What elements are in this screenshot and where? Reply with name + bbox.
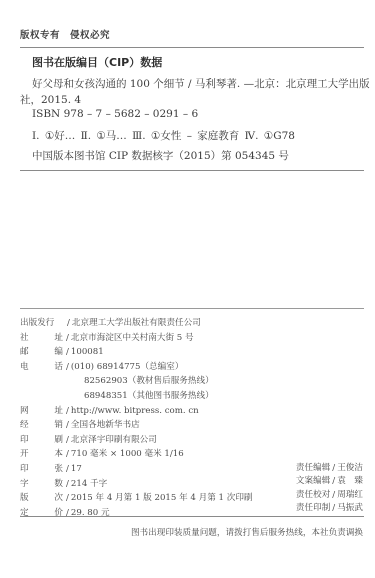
imprint-label: 社址 <box>20 331 64 346</box>
cip-record-number: 中国版本图书馆 CIP 数据核字（2015）第 054345 号 <box>32 148 289 163</box>
imprint-divider <box>20 308 364 309</box>
footer-divider <box>20 516 364 517</box>
imprint-row-distributor: 经销 / 全国各地新华书店 <box>20 418 253 433</box>
imprint-phone-other: 68948351（其他图书服务热线） <box>20 389 253 404</box>
imprint-value: 710 毫米 × 1000 毫米 1/16 <box>71 447 184 462</box>
separator: / <box>66 418 69 433</box>
imprint-row-sheets: 印张 / 17 <box>20 462 253 477</box>
imprint-value: 29. 80 元 <box>71 506 110 521</box>
imprint-row-website: 网址 / http://www. bitpress. com. cn <box>20 404 253 419</box>
separator: / <box>66 404 69 419</box>
separator: / <box>66 345 69 360</box>
imprint-label: 版次 <box>20 491 64 506</box>
imprint-value: 17 <box>71 462 82 477</box>
imprint-label: 开本 <box>20 447 64 462</box>
separator: / <box>67 316 70 331</box>
separator: / <box>66 447 69 462</box>
rights-reserved: 版权专有 <box>20 30 60 41</box>
imprint-row-printer: 印刷 / 北京泽宇印刷有限公司 <box>20 433 253 448</box>
imprint-label: 定价 <box>20 506 64 521</box>
imprint-block: 出版发行 / 北京理工大学出版社有限责任公司 社址 / 北京市海淀区中关村南大街… <box>20 316 253 520</box>
imprint-row-price: 定价 / 29. 80 元 <box>20 506 253 521</box>
imprint-label: 印张 <box>20 462 64 477</box>
staff-row-copy-editor: 文案编辑/袁 臻 <box>296 475 363 488</box>
imprint-row-phone: 电话 / (010) 68914775（总编室） <box>20 360 253 375</box>
staff-credits: 责任编辑/王俊洁 文案编辑/袁 臻 责任校对/周瑞红 责任印制/马振武 <box>296 462 363 516</box>
imprint-value: 北京泽宇印刷有限公司 <box>71 433 157 448</box>
imprint-label: 电话 <box>20 360 64 375</box>
staff-row-proofreader: 责任校对/周瑞红 <box>296 489 363 502</box>
separator: / <box>66 491 69 506</box>
separator: / <box>66 360 69 375</box>
cip-divider <box>20 170 364 171</box>
imprint-label: 邮编 <box>20 345 64 360</box>
cip-entry-line-1: 好父母和女孩沟通的 100 个细节 / 马利琴著. —北京：北京理工大学出版 <box>32 76 370 91</box>
staff-row-editor: 责任编辑/王俊洁 <box>296 462 363 475</box>
staff-row-print-manager: 责任印制/马振武 <box>296 502 363 515</box>
imprint-value: http://www. bitpress. com. cn <box>71 404 199 419</box>
imprint-row-postcode: 邮编 / 100081 <box>20 345 253 360</box>
imprint-value: 北京市海淀区中关村南大街 5 号 <box>71 331 194 346</box>
imprint-label: 印刷 <box>20 433 64 448</box>
imprint-row-address: 社址 / 北京市海淀区中关村南大街 5 号 <box>20 331 253 346</box>
imprint-value: 214 千字 <box>71 477 107 492</box>
header-divider <box>20 47 364 48</box>
cip-isbn: ISBN 978 – 7 – 5682 – 0291 – 6 <box>32 108 198 120</box>
imprint-label: 网址 <box>20 404 64 419</box>
rights-notice: 版权专有侵权必究 <box>20 27 110 41</box>
imprint-value: 北京理工大学出版社有限责任公司 <box>72 316 201 331</box>
imprint-row-publisher: 出版发行 / 北京理工大学出版社有限责任公司 <box>20 316 253 331</box>
cip-heading: 图书在版编目（CIP）数据 <box>32 54 162 70</box>
imprint-label: 经销 <box>20 418 64 433</box>
separator: / <box>66 506 69 521</box>
piracy-warning: 侵权必究 <box>70 30 110 41</box>
imprint-value: 100081 <box>71 345 104 360</box>
imprint-label: 字数 <box>20 477 64 492</box>
separator: / <box>66 331 69 346</box>
separator: / <box>66 433 69 448</box>
quality-notice: 图书出现印装质量问题，请拨打售后服务热线，本社负责调换 <box>131 526 363 538</box>
imprint-row-word-count: 字数 / 214 千字 <box>20 477 253 492</box>
separator: / <box>66 477 69 492</box>
cip-entry-line-2: 社，2015. 4 <box>20 92 81 107</box>
imprint-phone-textbook: 82562903（教材售后服务热线） <box>20 374 253 389</box>
separator: / <box>66 462 69 477</box>
imprint-row-edition: 版次 / 2015 年 4 月第 1 版 2015 年 4 月第 1 次印刷 <box>20 491 253 506</box>
imprint-value: (010) 68914775（总编室） <box>71 360 184 375</box>
imprint-label: 出版发行 <box>20 316 65 331</box>
imprint-value: 全国各地新华书店 <box>71 418 140 433</box>
imprint-value: 2015 年 4 月第 1 版 2015 年 4 月第 1 次印刷 <box>71 491 253 506</box>
imprint-row-format: 开本 / 710 毫米 × 1000 毫米 1/16 <box>20 447 253 462</box>
cip-classification: Ⅰ. ①好… Ⅱ. ①马… Ⅲ. ①女性 – 家庭教育 Ⅳ. ①G78 <box>32 128 295 143</box>
